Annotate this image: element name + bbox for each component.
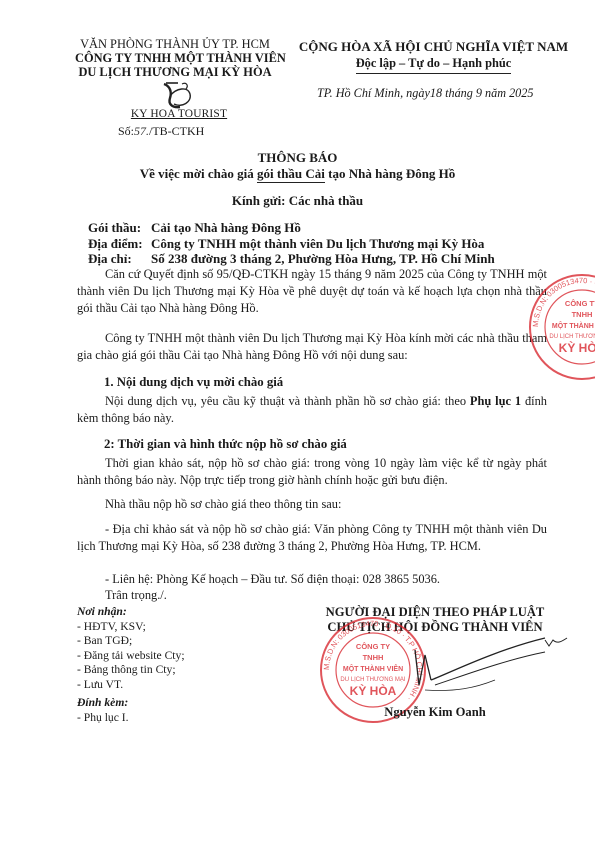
signatory-name: Nguyễn Kim Oanh — [300, 705, 570, 720]
paragraph-legal-basis: Căn cứ Quyết định số 95/QĐ-CTKH ngày 15 … — [77, 266, 547, 317]
paragraph-submission-info: Nhà thầu nộp hồ sơ chào giá theo thông t… — [77, 496, 547, 513]
svg-text:KỲ HÒA: KỲ HÒA — [350, 683, 397, 698]
attachment-title: Đính kèm: — [77, 696, 185, 711]
svg-text:CÔNG TY: CÔNG TY — [356, 642, 390, 651]
svg-text:TNHH: TNHH — [363, 653, 384, 662]
paragraph-time: Thời gian khảo sát, nộp hồ sơ chào giá: … — [77, 455, 547, 489]
national-motto: Độc lập – Tự do – Hạnh phúc — [356, 55, 512, 74]
attachment-item: - Phụ lục I. — [77, 711, 185, 726]
handwritten-signature-icon — [395, 630, 575, 710]
recipient-item: - Bảng thông tin Cty; — [77, 663, 185, 678]
svg-text:MỘT THÀNH VIÊN: MỘT THÀNH VIÊN — [552, 321, 595, 330]
recipient-item: - Ban TGĐ; — [77, 634, 185, 649]
section-heading-1: 1. Nội dung dịch vụ mời chào giá — [104, 375, 283, 390]
paragraph-service-content: Nội dung dịch vụ, yêu cầu kỹ thuật và th… — [77, 393, 547, 427]
issuing-organization: VĂN PHÒNG THÀNH ỦY TP. HCM CÔNG TY TNHH … — [75, 37, 275, 79]
handwritten-day: 18 — [430, 86, 442, 100]
national-title: CỘNG HÒA XÃ HỘI CHỦ NGHĨA VIỆT NAM — [286, 38, 581, 55]
recipient-item: - HĐTV, KSV; — [77, 620, 185, 635]
greeting: Kính gửi: Các nhà thầu — [0, 193, 595, 209]
issue-date: TP. Hồ Chí Minh, ngày18 tháng 9 năm 2025 — [317, 86, 533, 101]
svg-text:CÔNG TY: CÔNG TY — [565, 299, 595, 308]
brand-name: KY HOA TOURIST — [104, 108, 254, 120]
appendix-reference: Phụ lục 1 — [470, 394, 521, 408]
company-name-line1: CÔNG TY TNHH MỘT THÀNH VIÊN — [75, 51, 275, 65]
info-row-package: Gói thầu:Cải tạo Nhà hàng Đông Hồ — [88, 220, 495, 236]
paragraph-address: - Địa chỉ khảo sát và nộp hồ sơ chào giá… — [77, 521, 547, 555]
info-row-address: Địa chỉ:Số 238 đường 3 tháng 2, Phường H… — [88, 251, 495, 267]
recipients-title: Nơi nhận: — [77, 605, 185, 620]
section-heading-2: 2: Thời gian và hình thức nộp hồ sơ chào… — [104, 437, 347, 452]
paragraph-invitation: Công ty TNHH một thành viên Du lịch Thươ… — [77, 330, 547, 364]
recipient-item: - Lưu VT. — [77, 678, 185, 693]
company-name-line2: DU LỊCH THƯƠNG MẠI KỲ HÒA — [75, 65, 275, 79]
closing: Trân trọng./. — [77, 587, 547, 604]
paragraph-contact: - Liên hệ: Phòng Kế hoạch – Đầu tư. Số đ… — [77, 571, 547, 588]
recipient-item: - Đăng tải website Cty; — [77, 649, 185, 664]
handwritten-number: 57. — [134, 124, 149, 138]
tender-info: Gói thầu:Cải tạo Nhà hàng Đông Hồ Địa đi… — [88, 220, 495, 267]
svg-text:DU LỊCH THƯƠNG MẠI: DU LỊCH THƯƠNG MẠI — [549, 334, 595, 340]
svg-text:TNHH: TNHH — [572, 310, 593, 319]
info-row-location: Địa điểm:Công ty TNHH một thành viên Du … — [88, 236, 495, 252]
svg-text:KỲ HÒA: KỲ HÒA — [559, 340, 595, 355]
company-logo-icon — [156, 80, 196, 110]
document-subject: Về việc mời chào giá gói thầu Cải tạo Nh… — [0, 166, 595, 183]
national-header: CỘNG HÒA XÃ HỘI CHỦ NGHĨA VIỆT NAM Độc l… — [286, 38, 581, 74]
document-title: THÔNG BÁO — [0, 150, 595, 166]
recipients-block: Nơi nhận: - HĐTV, KSV; - Ban TGĐ; - Đăng… — [77, 605, 185, 725]
parent-office: VĂN PHÒNG THÀNH ỦY TP. HCM — [75, 37, 275, 51]
document-number: Số:57./TB-CTKH — [118, 124, 204, 139]
margin-seal-icon: M.S.D.N: 0300513470 · Q.10 · T.P HỒ CHÍ … — [527, 272, 595, 382]
